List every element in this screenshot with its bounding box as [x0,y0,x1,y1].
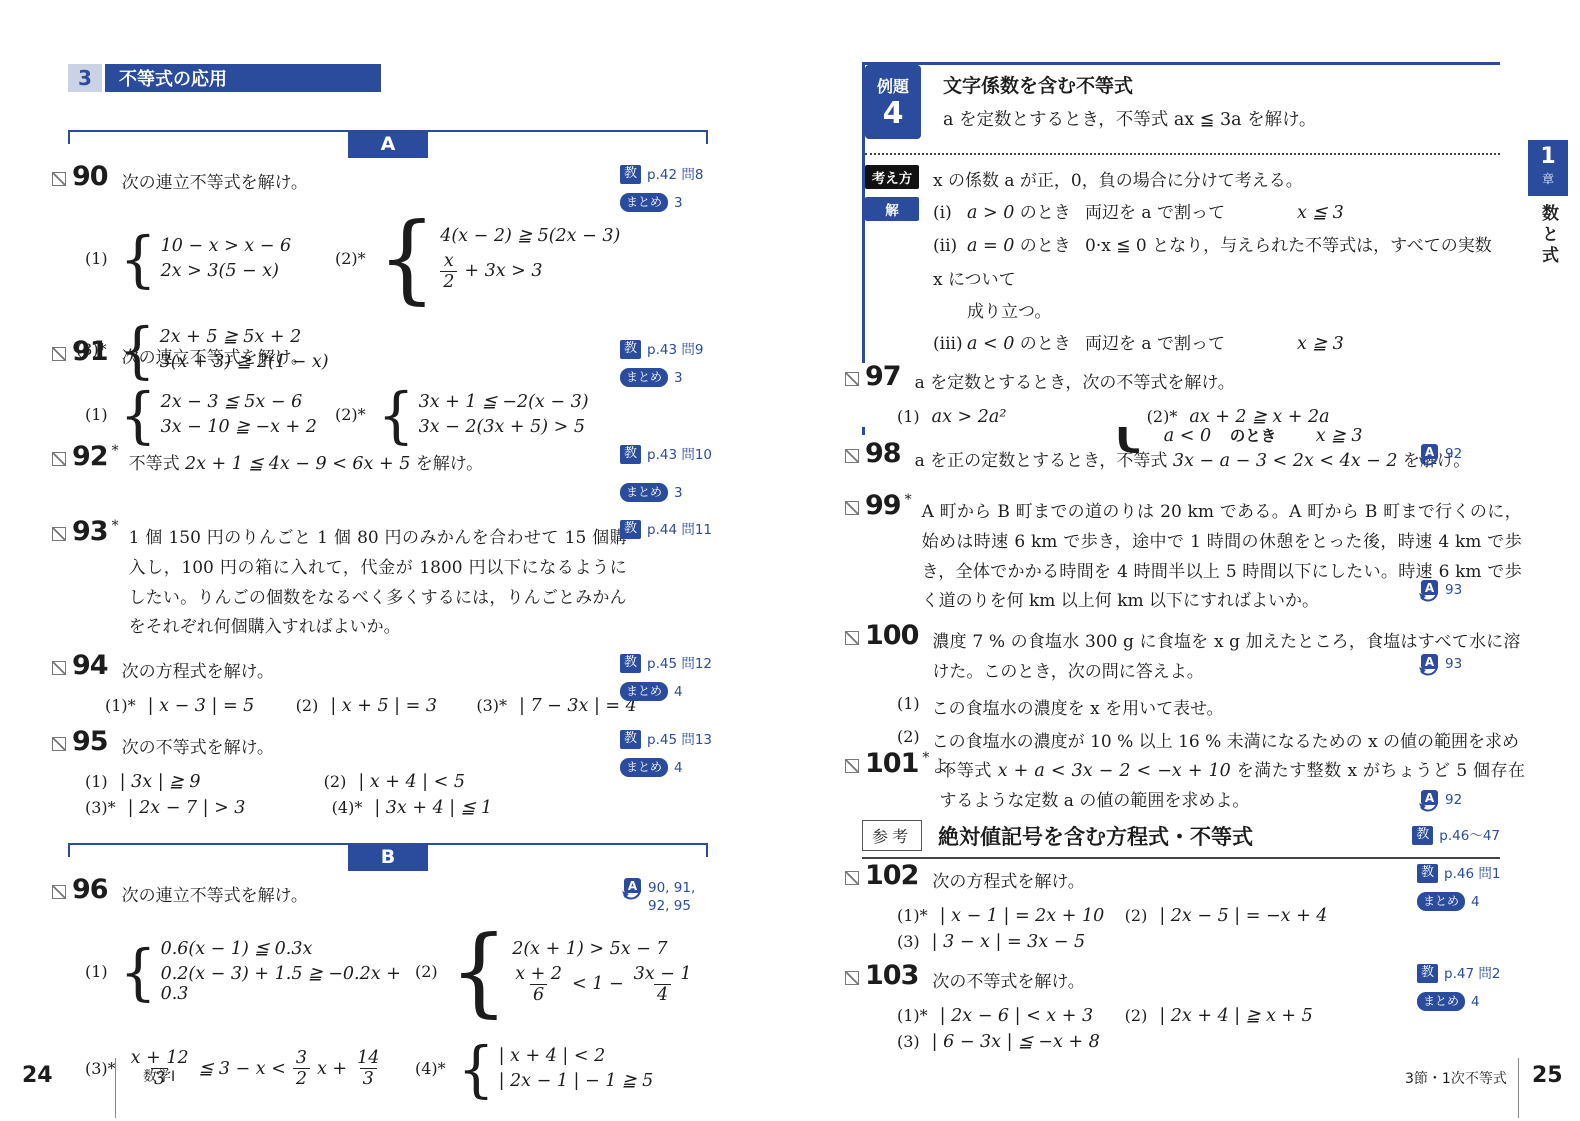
problem-92: 92* 不等式 2x + 1 ≦ 4x − 9 < 6x + 5 を解け。 教p… [52,443,712,480]
svg-text:A: A [628,879,638,893]
problem-number: 94 [72,652,108,679]
aj-ref: 93 [1445,580,1462,599]
checkbox-icon[interactable] [52,347,66,361]
problem-text: 1 個 150 円のりんごと 1 個 80 円のみかんを合わせて 15 個購入し… [129,518,627,643]
kyokasho-badge: 教 [620,520,641,539]
matome-ref: 4 [674,682,683,701]
item-4: (4)* { | x + 4 | < 2| 2x − 1 | − 1 ≧ 5 [415,1040,653,1098]
star: * [905,492,912,508]
svg-text:A: A [1425,581,1435,595]
svg-text:A: A [1425,445,1435,459]
problem-number: 93 [72,518,108,545]
matome-badge: まとめ [620,483,668,502]
star: * [112,518,119,534]
aj-ref: 93 [1445,654,1462,673]
checkbox-icon[interactable] [845,971,859,985]
svg-text:A: A [1425,791,1435,805]
problem-number: 103 [865,962,918,989]
problem-number: 102 [865,862,918,889]
group-a-label: A [348,131,428,158]
aj-ref: 92 [1445,790,1462,809]
item-1: (1) { 0.6(x − 1) ≦ 0.3x0.2(x − 3) + 1.5 … [85,926,415,1018]
problem-101: 101* 不等式 x + a < 3x − 2 < −x + 10 を満たす整数… [845,750,1525,817]
sanko-title: 絶対値記号を含む方程式・不等式 [938,821,1253,851]
kyokasho-ref: p.44 問11 [647,520,712,539]
kyokasho-badge: 教 [620,165,641,184]
item-2: (2) { 2(x + 1) > 5x − 7 x + 26 < 1 − 3x … [415,926,695,1018]
checkbox-icon[interactable] [52,737,66,751]
checkbox-icon[interactable] [52,452,66,466]
section-number: 3 [68,64,102,92]
problem-99: 99* A 町から B 町までの道のりは 20 km である。A 町から B 町… [845,492,1525,617]
dotted-divider [865,153,1500,155]
problem-97: 97 a を定数とするとき，次の不等式を解け。 (1)ax > 2a² (2)*… [845,363,1505,427]
chapter-suffix: 章 [1528,170,1568,187]
kyokasho-badge: 教 [1412,826,1433,845]
problem-91: 91 次の連立不等式を解け。 教p.43 問9 まとめ3 (1) { 2x − … [52,338,712,444]
kyokasho-ref: p.43 問9 [647,340,703,359]
problem-text: 不等式 2x + 1 ≦ 4x − 9 < 6x + 5 を解け。 [129,443,484,480]
checkbox-icon[interactable] [845,759,859,773]
kyokasho-ref: p.46～47 [1439,826,1500,845]
item-label: (1) [85,249,108,268]
matome-ref: 3 [674,483,683,502]
checkbox-icon[interactable] [52,661,66,675]
aj-icon: A [1417,444,1439,466]
problem-96: 96 次の連立不等式を解け。 A 90, 91, 92, 95 (1) { 0.… [52,876,712,1098]
group-a-bracket: A [68,130,708,158]
problem-number: 90 [72,163,108,190]
problem-text: 次の不等式を解け。 [122,728,274,764]
problem-text: 次の連立不等式を解け。 [122,876,308,912]
problem-text: 次の方程式を解け。 [122,652,274,688]
item-3: (3)* x + 123 ≦ 3 − x < 32 x + 143 [85,1040,415,1098]
svg-text:A: A [1425,655,1435,669]
problem-93: 93* 1 個 150 円のりんごと 1 個 80 円のみかんを合わせて 15 … [52,518,712,643]
aj-icon: A [1417,580,1439,602]
item-2: (2)* { 3x + 1 ≦ −2(x − 3)3x − 2(3x + 5) … [335,386,589,444]
problem-text: a を定数とするとき，次の不等式を解け。 [915,363,1235,399]
reference-section-header: 参考 絶対値記号を含む方程式・不等式 教p.46～47 [862,820,1500,859]
item-1: (1) { 10 − x > x − 62x > 3(5 − x) [85,213,335,305]
star: * [922,750,929,766]
footer-label-right: 3節・1次不等式 [1405,1068,1507,1088]
checkbox-icon[interactable] [845,449,859,463]
page-number-right: 25 [1532,1063,1563,1088]
matome-badge: まとめ [1417,992,1465,1011]
kyokasho-ref: p.45 問13 [647,730,712,749]
kyokasho-badge: 教 [1417,864,1438,883]
kyokasho-badge: 教 [620,445,641,464]
problem-number: 100 [865,622,918,649]
problem-text: 次の連立不等式を解け。 [122,163,308,199]
checkbox-icon[interactable] [52,885,66,899]
problem-number: 99 [865,492,901,519]
footer-label-left: 数学Ⅰ [143,1066,175,1086]
page-number-left: 24 [22,1063,53,1088]
matome-ref: 3 [674,193,683,212]
kyokasho-badge: 教 [620,730,641,749]
approach-text: x の係数 a が正，0，負の場合に分けて考える。 [933,165,1303,191]
problem-number: 101 [865,750,918,777]
kyokasho-ref: p.45 問12 [647,654,712,673]
kyokasho-ref: p.46 問1 [1444,864,1500,883]
checkbox-icon[interactable] [845,501,859,515]
matome-badge: まとめ [620,682,668,701]
matome-ref: 4 [1471,892,1480,911]
problem-95: 95 次の不等式を解け。 教p.45 問13 まとめ4 (1)| 3x | ≧ … [52,728,712,818]
kyokasho-badge: 教 [620,654,641,673]
problem-text: a を正の定数とするとき，不等式 3x − a − 3 < 2x < 4x − … [915,440,1471,477]
aj-icon: A [1417,790,1439,812]
checkbox-icon[interactable] [52,527,66,541]
aj-icon: A [1417,654,1439,676]
aj-ref: 90, 91, 92, 95 [648,878,716,915]
problem-text: 次の方程式を解け。 [932,862,1084,898]
checkbox-icon[interactable] [845,372,859,386]
problem-text: 次の連立不等式を解け。 [122,338,308,374]
approach-badge: 考え方 [865,165,919,189]
problem-number: 91 [72,338,108,365]
example-title: 文字係数を含む不等式 [943,71,1316,98]
star: * [112,443,119,459]
aj-ref: 92 [1445,444,1462,463]
kyokasho-ref: p.43 問10 [647,445,712,464]
matome-badge: まとめ [620,758,668,777]
reference-badges: 教p.42 問8 まとめ3 [620,165,730,212]
kyokasho-badge: 教 [1417,964,1438,983]
checkbox-icon[interactable] [52,172,66,186]
item-1: (1) { 2x − 3 ≦ 5x − 63x − 10 ≧ −x + 2 [85,386,335,444]
matome-badge: まとめ [1417,892,1465,911]
problem-number: 92 [72,443,108,470]
problem-94: 94 次の方程式を解け。 教p.45 問12 まとめ4 (1)*| x − 3 … [52,652,712,716]
chapter-tab: 1 章 [1528,140,1568,196]
group-b-label: B [348,844,428,871]
item-2: (2)* { 4(x − 2) ≧ 5(2x − 3) x2+ 3x > 3 [335,213,620,305]
section-title: 不等式の応用 [105,64,381,92]
footer-divider [115,1058,116,1118]
item-label: (1) [85,405,108,424]
kyokasho-ref: p.42 問8 [647,165,703,184]
matome-badge: まとめ [620,368,668,387]
aj-icon: A [620,878,642,900]
example-badge: 例題 4 [865,65,921,139]
example-statement: a を定数とするとき，不等式 ax ≦ 3a を解け。 [943,106,1316,131]
problem-number: 95 [72,728,108,755]
section-header: 3 不等式の応用 [68,64,381,92]
chapter-title-vertical: 数と式 [1536,204,1561,267]
problem-number: 98 [865,440,901,467]
footer-divider [1518,1058,1519,1118]
problem-number: 97 [865,363,901,390]
matome-badge: まとめ [620,193,668,212]
matome-ref: 4 [1471,992,1480,1011]
matome-ref: 3 [674,368,683,387]
sanko-badge: 参考 [862,820,922,851]
problem-102: 102 次の方程式を解け。 教p.46 問1 まとめ4 (1)*| x − 1 … [845,862,1525,952]
solution-badge: 解 [865,197,919,221]
matome-ref: 4 [674,758,683,777]
problem-text: 次の不等式を解け。 [932,962,1084,998]
problem-number: 96 [72,876,108,903]
item-label: (2)* [335,405,366,424]
group-b-bracket: B [68,843,708,871]
problem-98: 98 a を正の定数とするとき，不等式 3x − a − 3 < 2x < 4x… [845,440,1525,477]
problem-103: 103 次の不等式を解け。 教p.47 問2 まとめ4 (1)*| 2x − 6… [845,962,1525,1052]
checkbox-icon[interactable] [845,631,859,645]
item-label: (2)* [335,249,366,268]
chapter-number: 1 [1528,144,1568,170]
kyokasho-badge: 教 [620,340,641,359]
checkbox-icon[interactable] [845,871,859,885]
kyokasho-ref: p.47 問2 [1444,964,1500,983]
textbook-spread: 3 不等式の応用 A 90 次の連立不等式を解け。 教p.42 問8 まとめ3 … [0,0,1580,1121]
